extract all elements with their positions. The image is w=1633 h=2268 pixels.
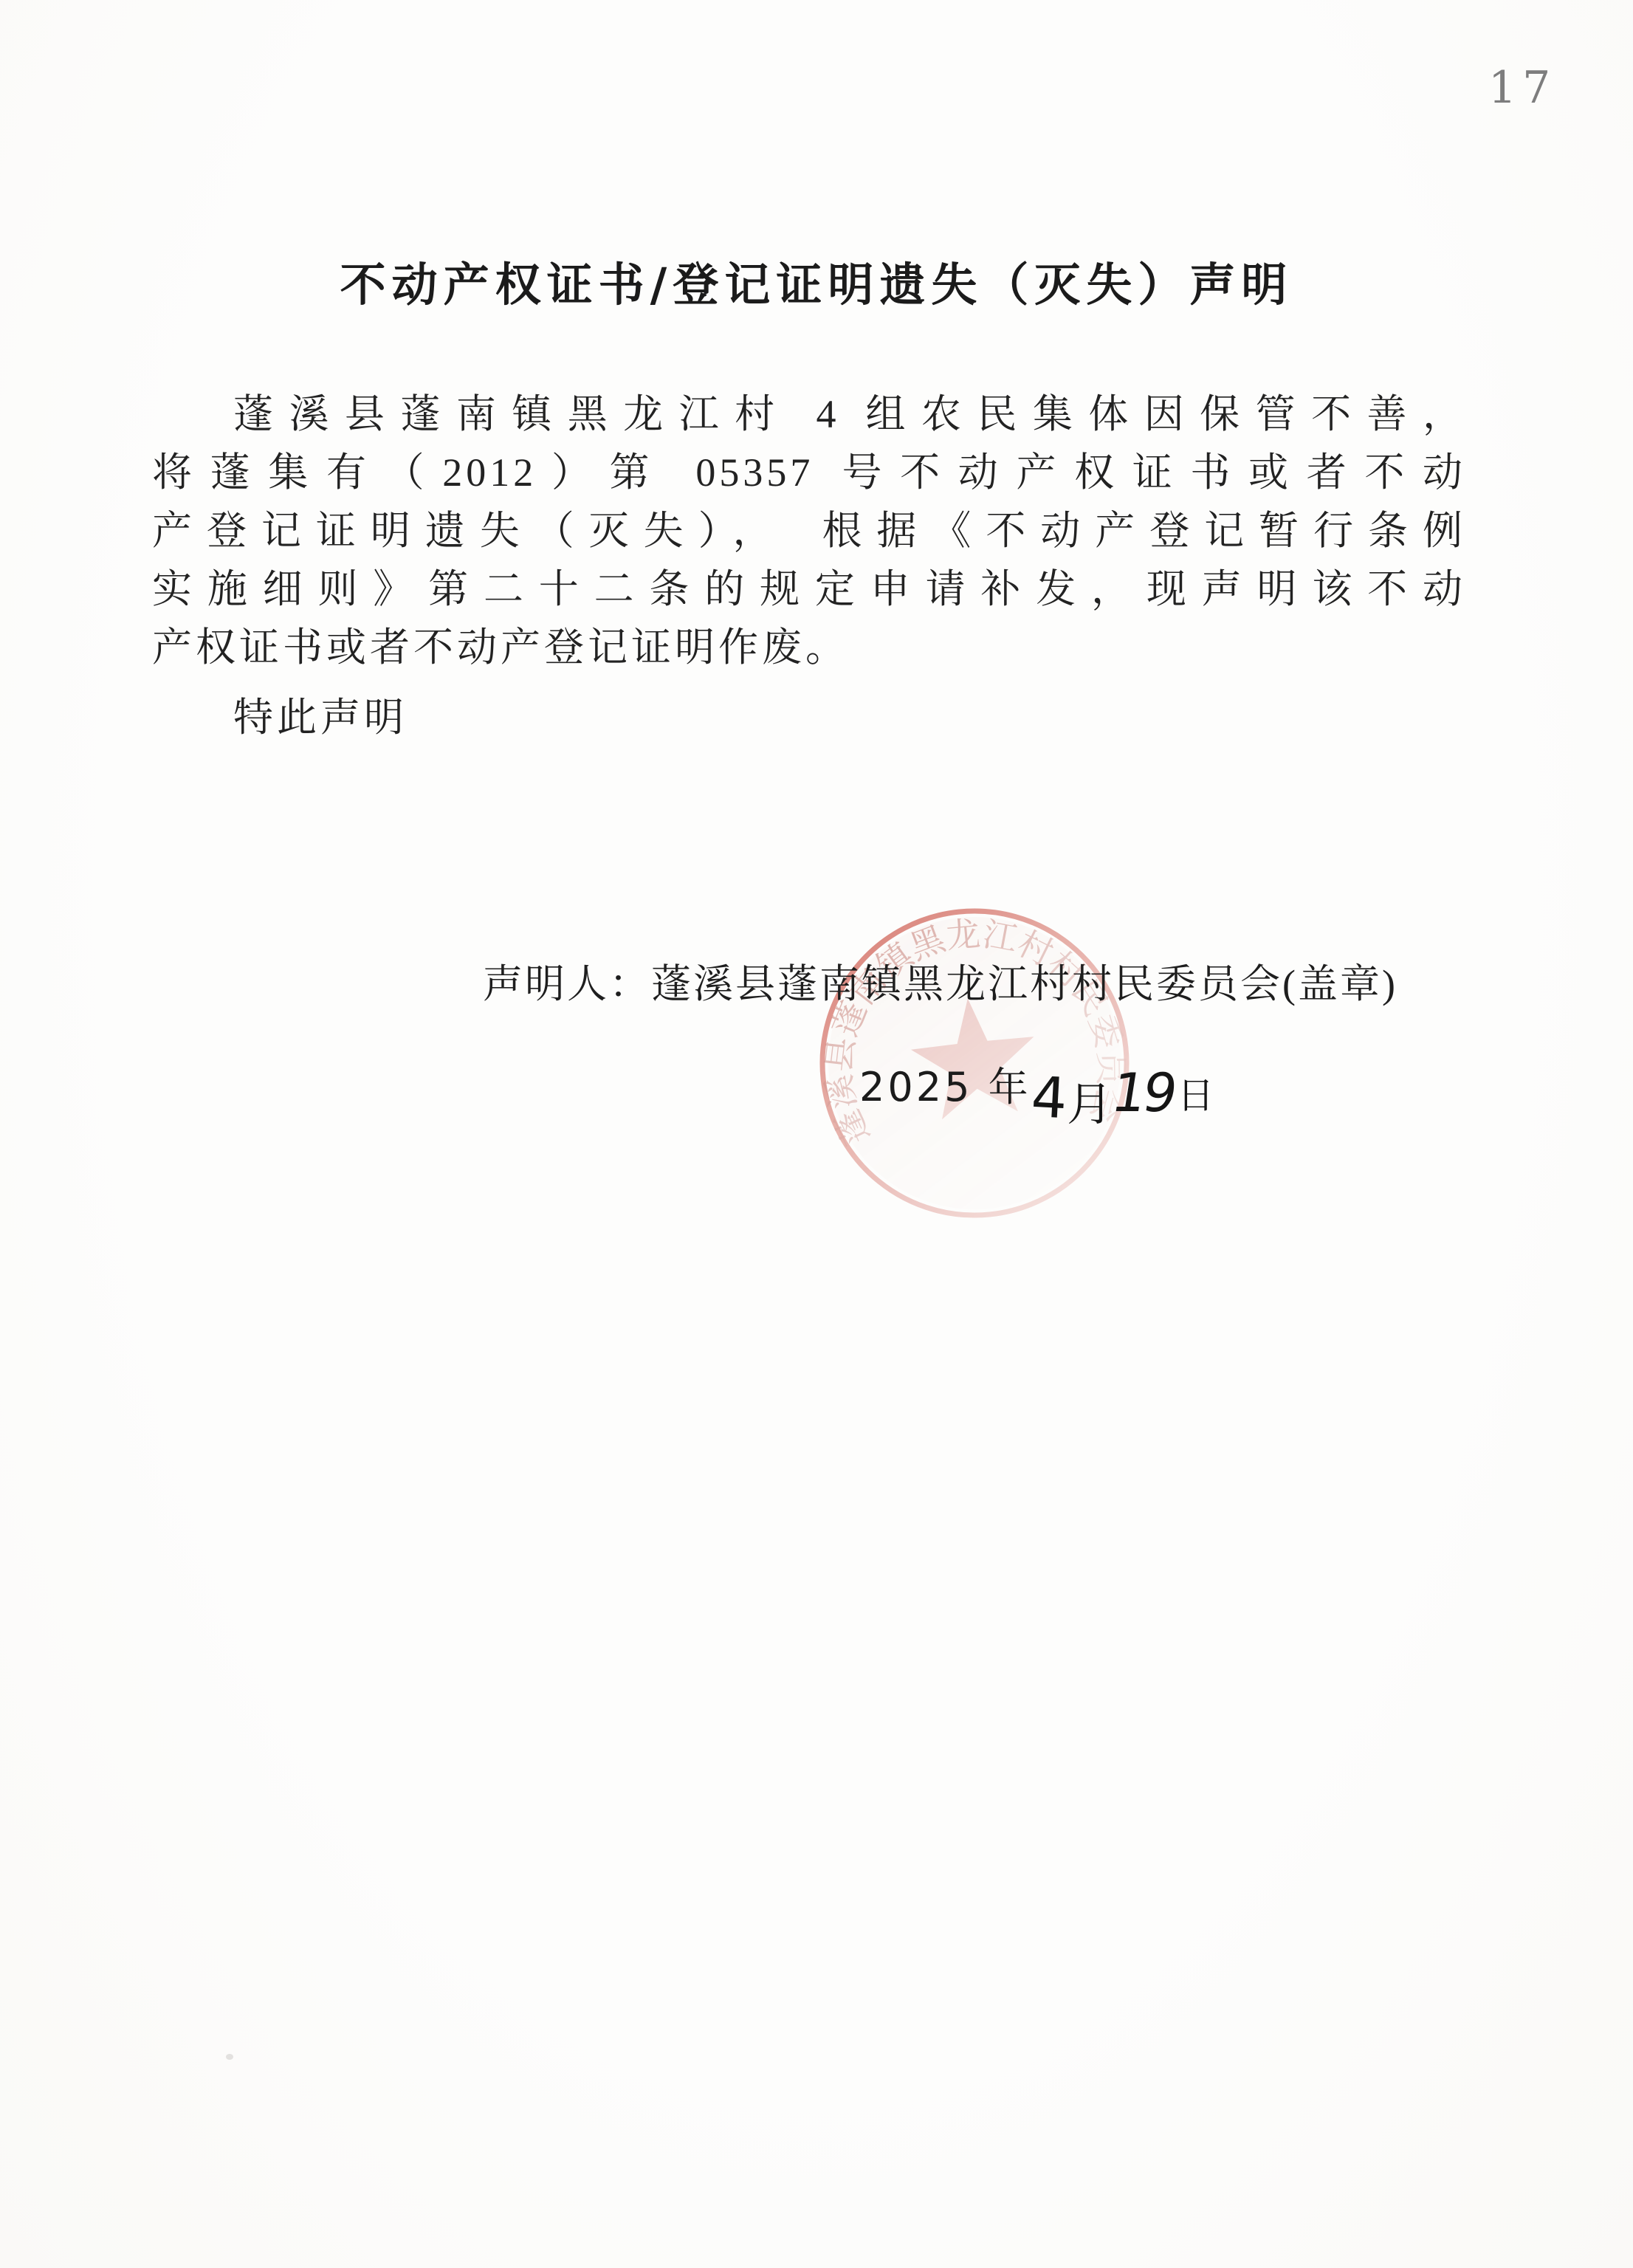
date-day-char-handwritten: 日 [1178,1066,1214,1119]
body-line-2: 将蓬集有（2012）第 05357 号不动产权证书或者不动 [152,444,1466,502]
document-title: 不动产权证书/登记证明遗失（灭失）声明 [0,248,1633,314]
date-line: 2025 年4月19日 [859,1056,1214,1123]
scanned-document-page: 17 不动产权证书/登记证明遗失（灭失）声明 蓬溪县蓬南镇黑龙江村 4 组农民集… [0,0,1633,2268]
body-line-1: 蓬溪县蓬南镇黑龙江村 4 组农民集体因保管不善， [152,385,1466,444]
date-day-handwritten: 19 [1107,1062,1179,1124]
body-line-5: 产权证书或者不动产登记证明作废。 [152,619,1466,677]
closing-statement: 特此声明 [152,689,1466,747]
date-month-handwritten: 4 [1029,1064,1068,1131]
declaration-body: 蓬溪县蓬南镇黑龙江村 4 组农民集体因保管不善， 将蓬集有（2012）第 053… [152,385,1466,747]
declarant-line: 声明人：蓬溪县蓬南镇黑龙江村村民委员会(盖章) [483,952,1397,1009]
scan-noise-speck [226,2054,233,2060]
body-line-4: 实施细则》第二十二条的规定申请补发，现声明该不动 [152,560,1466,619]
date-year-printed: 2025 年 [859,1064,1031,1110]
page-number: 17 [1488,62,1556,114]
body-line-3: 产登记证明遗失（灭失）， 根据《不动产登记暂行条例 [152,502,1466,560]
date-month-char-handwritten: 月 [1067,1068,1113,1133]
